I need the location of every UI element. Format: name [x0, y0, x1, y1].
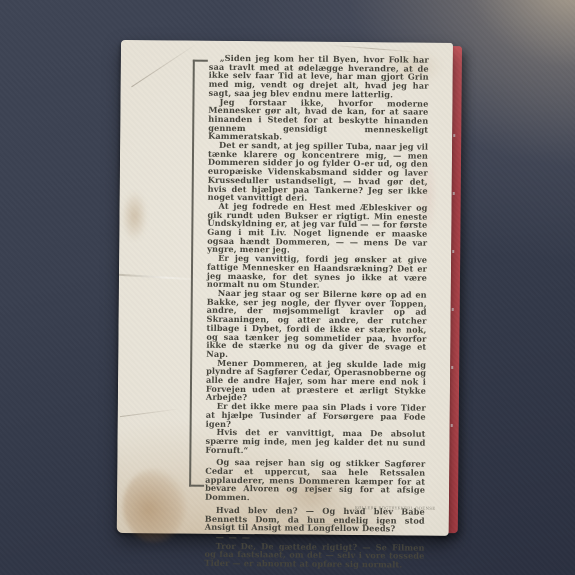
- paper-crease: [329, 45, 419, 53]
- paragraph: Er det ikke mere paa sin Plads i vore Ti…: [206, 402, 426, 430]
- printer-imprint: KØLLERS BOGTRYKKERI, ODENSE: [355, 506, 419, 511]
- paper-stain: [121, 190, 147, 242]
- paper-crease: [120, 408, 180, 417]
- paragraph: Er jeg vanvittig, fordi jeg ønsker at gi…: [207, 254, 427, 291]
- paragraph: Hvis det er vanvittigt, maa De absolut s…: [205, 428, 425, 456]
- paragraph: Det er sandt, at jeg spiller Tuba, naar …: [208, 141, 429, 204]
- paragraph: Jeg forstaar ikke, hvorfor moderne Menne…: [208, 97, 428, 142]
- paper-crease: [131, 42, 198, 87]
- body-text: „Siden jeg kom her til Byen, hvor Folk h…: [204, 54, 428, 570]
- paragraph: „Siden jeg kom her til Byen, hvor Folk h…: [209, 54, 429, 99]
- paragraph: Tror De, De gættede rigtigt? — Se Filmen…: [204, 541, 424, 569]
- paragraph: Mener Dommeren, at jeg skulde lade mig p…: [206, 358, 426, 403]
- paper-stain: [123, 468, 188, 543]
- paragraph: At jeg fodrede en Hest med Æbleskiver og…: [207, 202, 427, 256]
- film-program-back-page: „Siden jeg kom her til Byen, hvor Folk h…: [117, 40, 453, 536]
- paragraph: Og saa rejser han sig og stikker Sagføre…: [205, 458, 425, 503]
- photo-background-surface: „Siden jeg kom her til Byen, hvor Folk h…: [0, 0, 575, 575]
- paragraph: Naar jeg staar og ser Bilerne køre op ad…: [206, 289, 427, 361]
